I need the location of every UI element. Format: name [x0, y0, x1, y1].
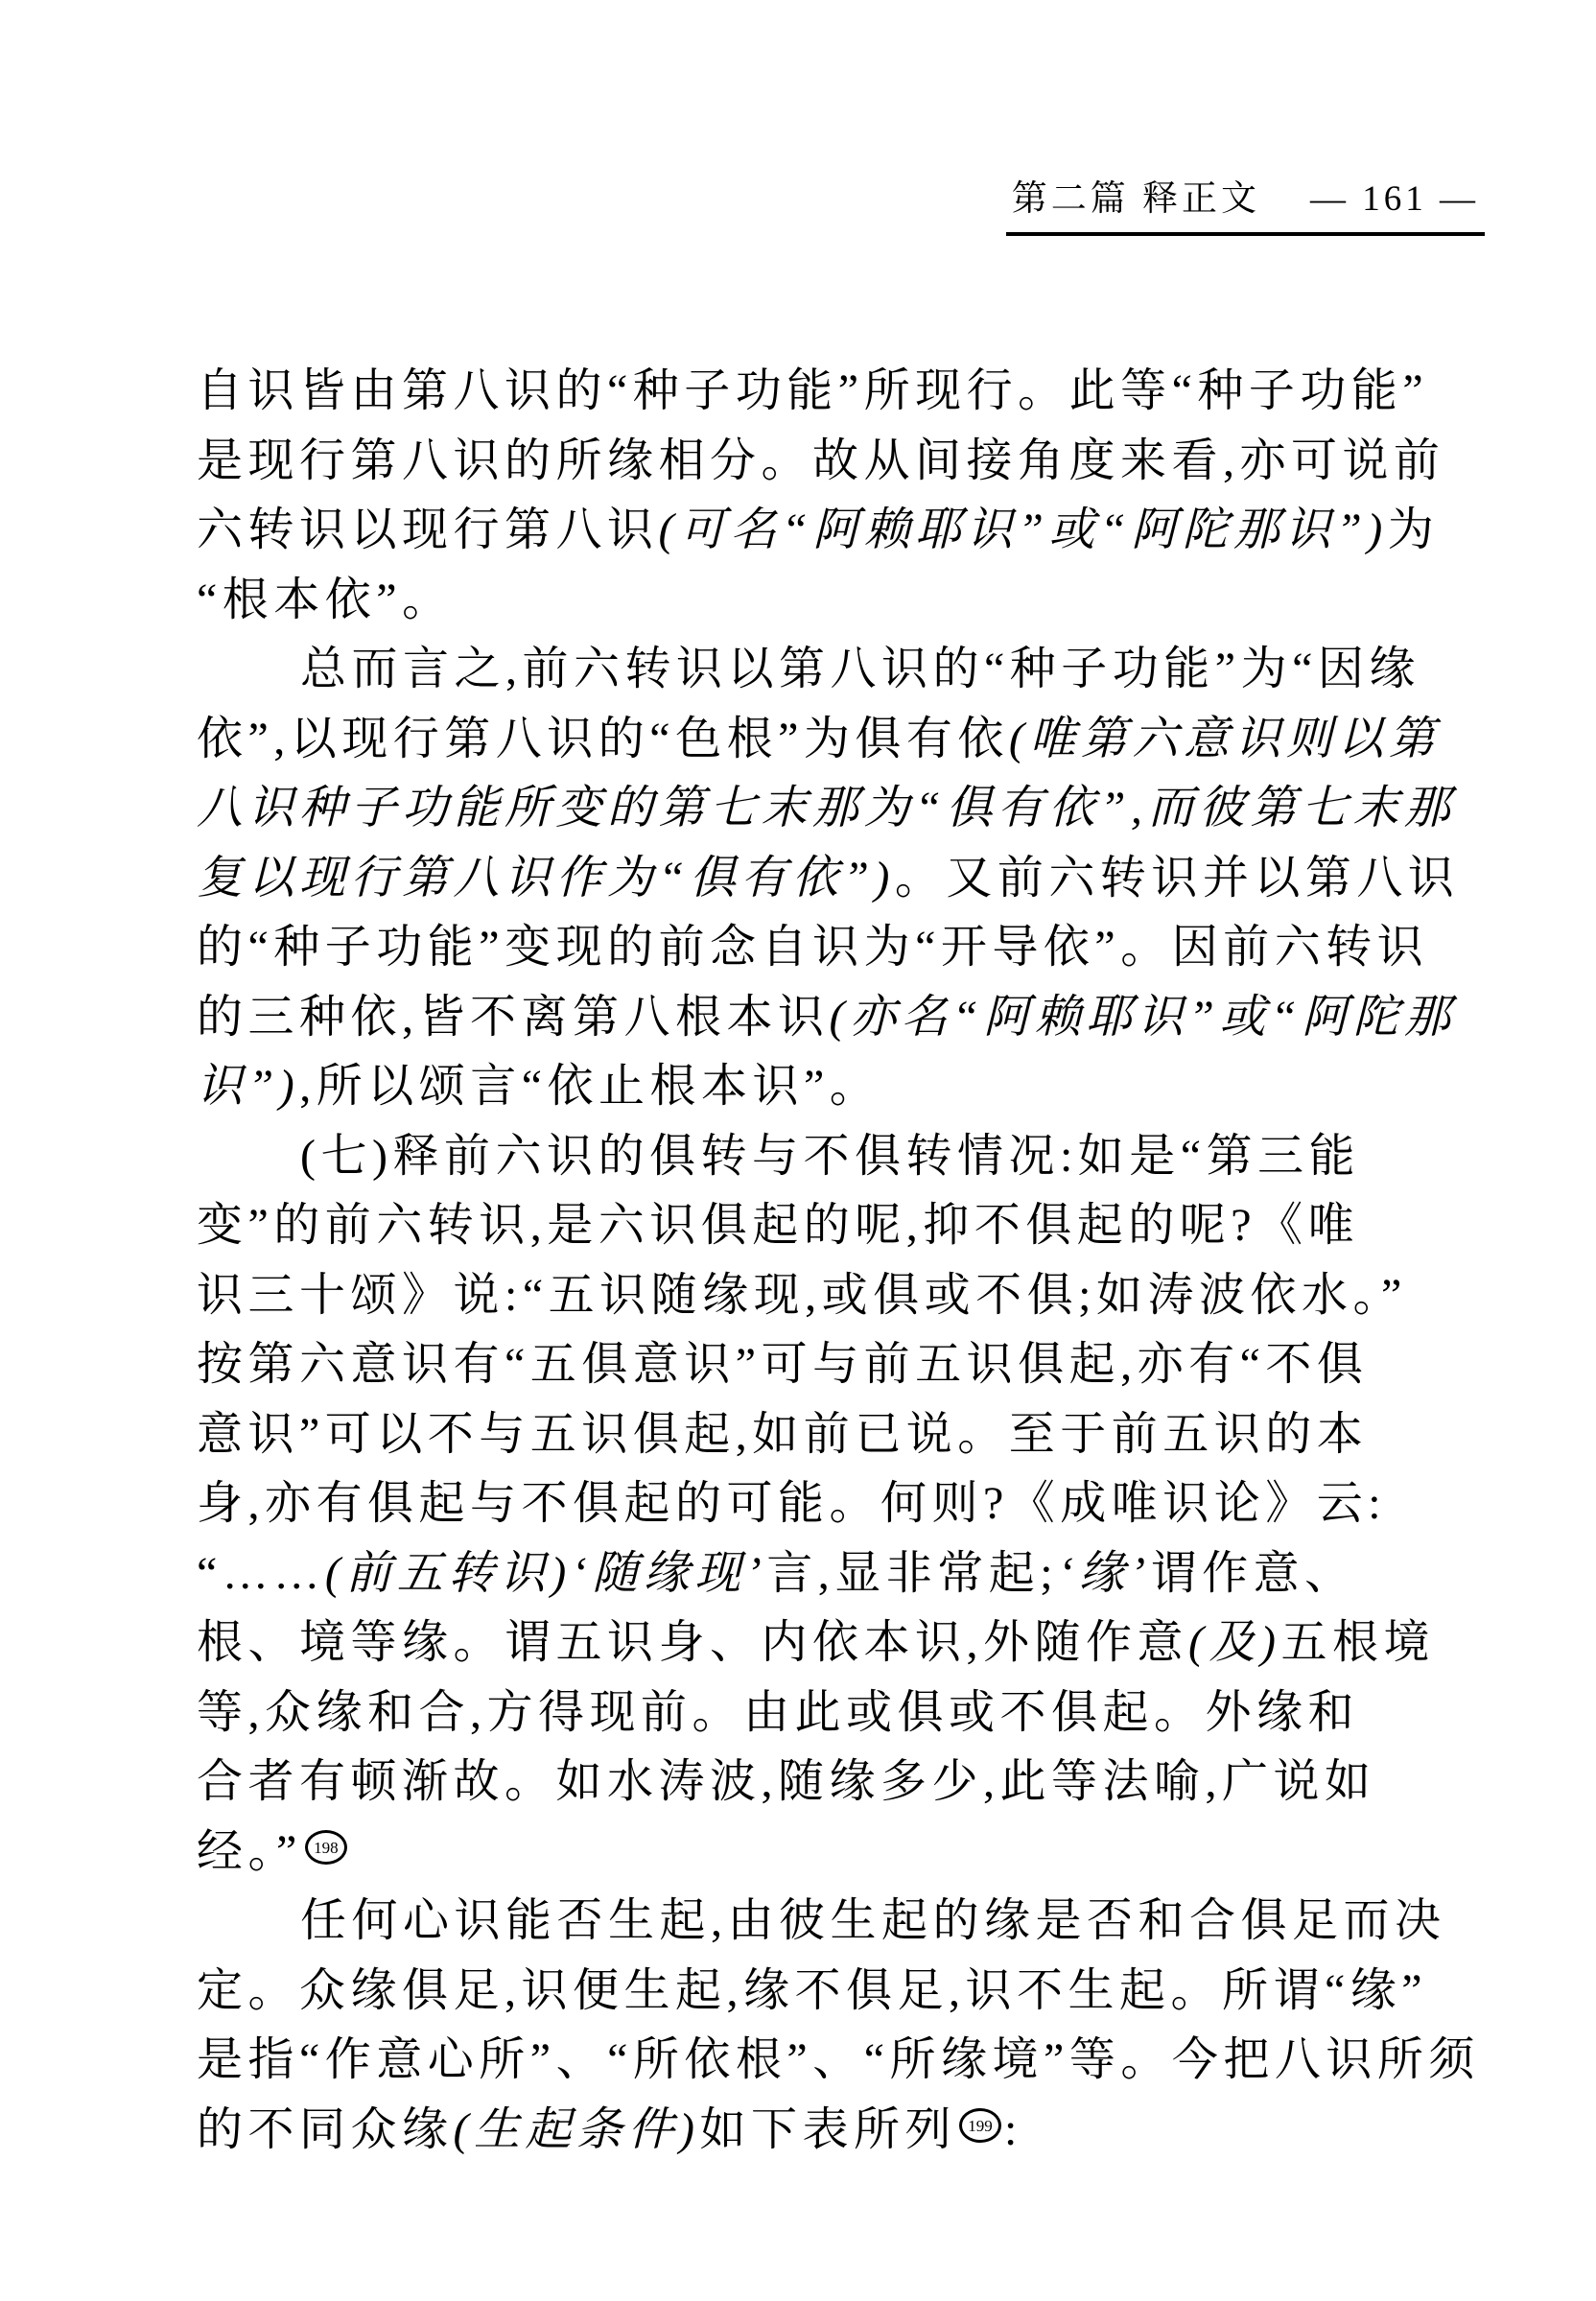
header-page-number: — 161 — — [1310, 179, 1479, 219]
body-text-segment: 总而言之,前六转识以第八识的“种子功能”为“因缘 — [300, 644, 1420, 694]
text-line: 是现行第八识的所缘相分。故从间接角度来看,亦可说前 — [197, 427, 1539, 497]
footnote-ref-199: 199 — [959, 2108, 1001, 2143]
text-line: 按第六意识有“五俱意识”可与前五识俱起,亦有“不俱 — [197, 1330, 1539, 1400]
body-text-segment: 意识”可以不与五识俱起,如前已说。至于前五识的本 — [197, 1409, 1368, 1460]
body-text-segment: 是现行第八识的所缘相分。故从间接角度来看,亦可说前 — [197, 435, 1445, 486]
body-text-segment: ,所以颂言“依止根本识”。 — [299, 1061, 880, 1112]
text-line: 的不同众缘(生起条件)如下表所列199: — [197, 2096, 1539, 2166]
text-line: 根、境等缘。谓五识身、内依本识,外随作意(及)五根境 — [197, 1608, 1539, 1679]
header-section-title: 第二篇 释正文 — [1012, 179, 1260, 219]
text-line: 自识皆由第八识的“种子功能”所现行。此等“种子功能” — [197, 357, 1539, 427]
text-line: 经。”198 — [197, 1818, 1539, 1888]
body-text-segment: 变”的前六转识,是六识俱起的呢,抑不俱起的呢?《唯 — [197, 1200, 1359, 1251]
text-line: 任何心识能否生起,由彼生起的缘是否和合俱足而决 — [197, 1887, 1539, 1957]
body-text-segment: 定。众缘俱足,识便生起,缘不俱足,识不生起。所谓“缘” — [197, 1965, 1427, 2016]
kai-annotation-text: (亦名“阿赖耶识”或“阿陀那 — [830, 992, 1456, 1043]
body-text-segment: 的三种依,皆不离第八根本识 — [197, 992, 830, 1043]
body-text-segment: 谓作意、 — [1151, 1548, 1356, 1599]
text-line: 识”),所以颂言“依止根本识”。 — [197, 1052, 1539, 1122]
body-text-segment: “根本依”。 — [197, 575, 454, 625]
body-text-segment: 任何心识能否生起,由彼生起的缘是否和合俱足而决 — [300, 1895, 1446, 1946]
text-line: 六转识以现行第八识(可名“阿赖耶识”或“阿陀那识”)为 — [197, 496, 1539, 566]
text-line: 复以现行第八识作为“俱有依”)。又前六转识并以第八识 — [197, 844, 1539, 914]
body-text-segment: 是指“作意心所”、“所依根”、“所缘境”等。今把八识所须 — [197, 2034, 1480, 2085]
footnote-ref-198: 198 — [305, 1830, 347, 1865]
body-text-segment: 根、境等缘。谓五识身、内依本识,外随作意 — [197, 1617, 1188, 1668]
body-text-segment: “…… — [197, 1548, 325, 1599]
body-text-segment: 为 — [1388, 505, 1440, 555]
body-text-segment: 经。” — [197, 1826, 302, 1877]
text-line: 身,亦有俱起与不俱起的可能。何则?《成唯识论》云: — [197, 1469, 1539, 1539]
kai-annotation-text: (生起条件) — [454, 2104, 700, 2155]
body-text-segment: 身,亦有俱起与不俱起的可能。何则?《成唯识论》云: — [197, 1478, 1386, 1529]
text-line: 识三十颂》说:“五识随缘现,或俱或不俱;如涛波依水。” — [197, 1261, 1539, 1331]
kai-annotation-text: 复以现行第八识作为“俱有依”) — [197, 853, 895, 904]
body-text-segment: 的“种子功能”变现的前念自识为“开导依”。因前六转识 — [197, 922, 1428, 973]
body-text-segment: : — [1004, 2104, 1022, 2155]
body-text-segment: 识三十颂》说:“五识随缘现,或俱或不俱;如涛波依水。” — [197, 1270, 1407, 1321]
body-text: 自识皆由第八识的“种子功能”所现行。此等“种子功能”是现行第八识的所缘相分。故从… — [197, 357, 1539, 2165]
body-text-segment: 依”,以现行第八识的“色根”为俱有依 — [197, 714, 1009, 764]
text-line: (七)释前六识的俱转与不俱转情况:如是“第三能 — [197, 1122, 1539, 1192]
kai-annotation-text: (及) — [1188, 1617, 1280, 1668]
body-text-segment: 自识皆由第八识的“种子功能”所现行。此等“种子功能” — [197, 365, 1428, 416]
body-text-segment: 的不同众缘 — [197, 2104, 454, 2155]
text-line: “根本依”。 — [197, 566, 1539, 636]
text-line: 的三种依,皆不离第八根本识(亦名“阿赖耶识”或“阿陀那 — [197, 983, 1539, 1053]
text-line: 意识”可以不与五识俱起,如前已说。至于前五识的本 — [197, 1400, 1539, 1470]
book-page: 第二篇 释正文— 161 — 自识皆由第八识的“种子功能”所现行。此等“种子功能… — [0, 0, 1596, 2301]
body-text-segment: (七)释前六识的俱转与不俱转情况:如是“第三能 — [300, 1131, 1360, 1182]
body-text-segment: 合者有顿渐故。如水涛波,随缘多少,此等法喻,广说如 — [197, 1756, 1376, 1807]
text-line: 变”的前六转识,是六识俱起的呢,抑不俱起的呢?《唯 — [197, 1191, 1539, 1261]
kai-annotation-text: 八识种子功能所变的第七末那为“俱有依”,而彼第七末那 — [197, 783, 1455, 834]
body-text-segment: 按第六意识有“五俱意识”可与前五识俱起,亦有“不俱 — [197, 1339, 1368, 1390]
body-text-segment: 。又前六转识并以第八识 — [895, 853, 1460, 904]
body-text-segment: 六转识以现行第八识 — [197, 505, 659, 555]
body-text-segment: 言,显非常起; — [766, 1548, 1058, 1599]
body-text-segment: 等,众缘和合,方得现前。由此或俱或不俱起。外缘和 — [197, 1687, 1359, 1738]
kai-annotation-text: 识”) — [197, 1061, 299, 1112]
text-line: 八识种子功能所变的第七末那为“俱有依”,而彼第七末那 — [197, 774, 1539, 844]
text-line: 的“种子功能”变现的前念自识为“开导依”。因前六转识 — [197, 913, 1539, 983]
text-line: 是指“作意心所”、“所依根”、“所缘境”等。今把八识所须 — [197, 2026, 1539, 2096]
text-line: 等,众缘和合,方得现前。由此或俱或不俱起。外缘和 — [197, 1679, 1539, 1749]
body-text-segment: 五根境 — [1281, 1617, 1436, 1668]
page-header: 第二篇 释正文— 161 — — [1006, 169, 1485, 236]
text-line: 定。众缘俱足,识便生起,缘不俱足,识不生起。所谓“缘” — [197, 1957, 1539, 2027]
body-text-segment: 如下表所列 — [700, 2104, 957, 2155]
kai-annotation-text: ‘缘’ — [1058, 1548, 1150, 1599]
text-line: 依”,以现行第八识的“色根”为俱有依(唯第六意识则以第 — [197, 705, 1539, 775]
text-line: 总而言之,前六转识以第八识的“种子功能”为“因缘 — [197, 635, 1539, 705]
kai-annotation-text: (前五转识)‘随缘现’ — [325, 1548, 766, 1599]
text-line: “……(前五转识)‘随缘现’言,显非常起;‘缘’谓作意、 — [197, 1539, 1539, 1609]
text-line: 合者有顿渐故。如水涛波,随缘多少,此等法喻,广说如 — [197, 1748, 1539, 1818]
kai-annotation-text: (唯第六意识则以第 — [1009, 714, 1441, 764]
kai-annotation-text: (可名“阿赖耶识”或“阿陀那识”) — [659, 505, 1388, 555]
